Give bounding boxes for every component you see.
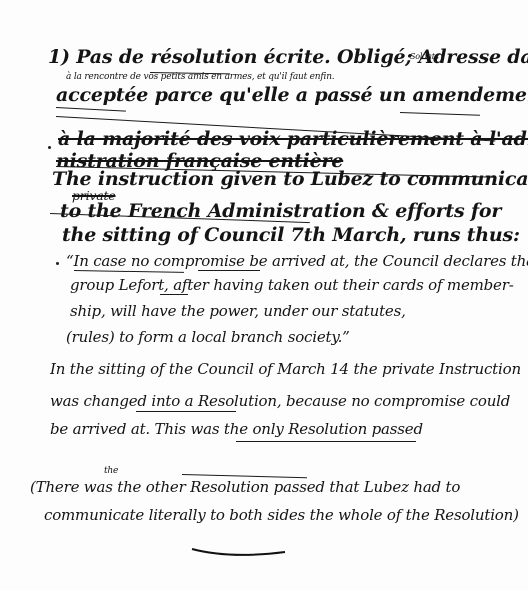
interlinear-note: à la rencontre de vos petits amis en arm… bbox=[66, 72, 334, 82]
manuscript-line-10: ship, will have the power, under our sta… bbox=[70, 302, 406, 320]
underline-arrived-at bbox=[198, 270, 260, 271]
underline-into-resolution bbox=[136, 411, 236, 412]
manuscript-line-12: In the sitting of the Council of March 1… bbox=[50, 360, 521, 378]
superscript-the: the bbox=[104, 466, 118, 476]
manuscript-line-8: “In case no compromise be arrived at, th… bbox=[66, 252, 528, 270]
manuscript-line-15: (There was the other Resolution passed t… bbox=[30, 478, 460, 496]
manuscript-line-6: to the French Administration & efforts f… bbox=[60, 200, 501, 222]
manuscript-page: 1) Pas de résolution écrite. Obligé; Adr… bbox=[0, 0, 528, 591]
manuscript-line-16: communicate literally to both sides the … bbox=[44, 506, 519, 524]
margin-dot bbox=[48, 146, 51, 149]
manuscript-line-1: 1) Pas de résolution écrite. Obligé; Adr… bbox=[48, 46, 528, 68]
closing-flourish bbox=[190, 545, 290, 557]
manuscript-line-5: The instruction given to Lubez to commun… bbox=[52, 168, 528, 190]
bullet-dot bbox=[56, 262, 59, 265]
underline-acceptee bbox=[56, 107, 126, 112]
underline-no-compromise bbox=[74, 270, 184, 273]
manuscript-line-9: group Lefort, after having taken out the… bbox=[70, 276, 514, 294]
manuscript-line-13: was changed into a Resolution, because n… bbox=[50, 392, 510, 410]
manuscript-line-14: be arrived at. This was the only Resolut… bbox=[50, 420, 423, 438]
underline-only-resolution bbox=[236, 441, 416, 442]
manuscript-line-7: the sitting of Council 7th March, runs t… bbox=[62, 224, 520, 246]
underline-amendement bbox=[400, 112, 480, 116]
manuscript-line-3-struck: à la majorité des voix particulièrement … bbox=[58, 128, 528, 150]
manuscript-line-2: acceptée parce qu'elle a passé un amende… bbox=[56, 84, 528, 106]
superscript-annotation: Soldats bbox=[410, 52, 439, 61]
underline-after bbox=[160, 294, 188, 295]
manuscript-line-11: (rules) to form a local branch society.” bbox=[66, 328, 350, 346]
